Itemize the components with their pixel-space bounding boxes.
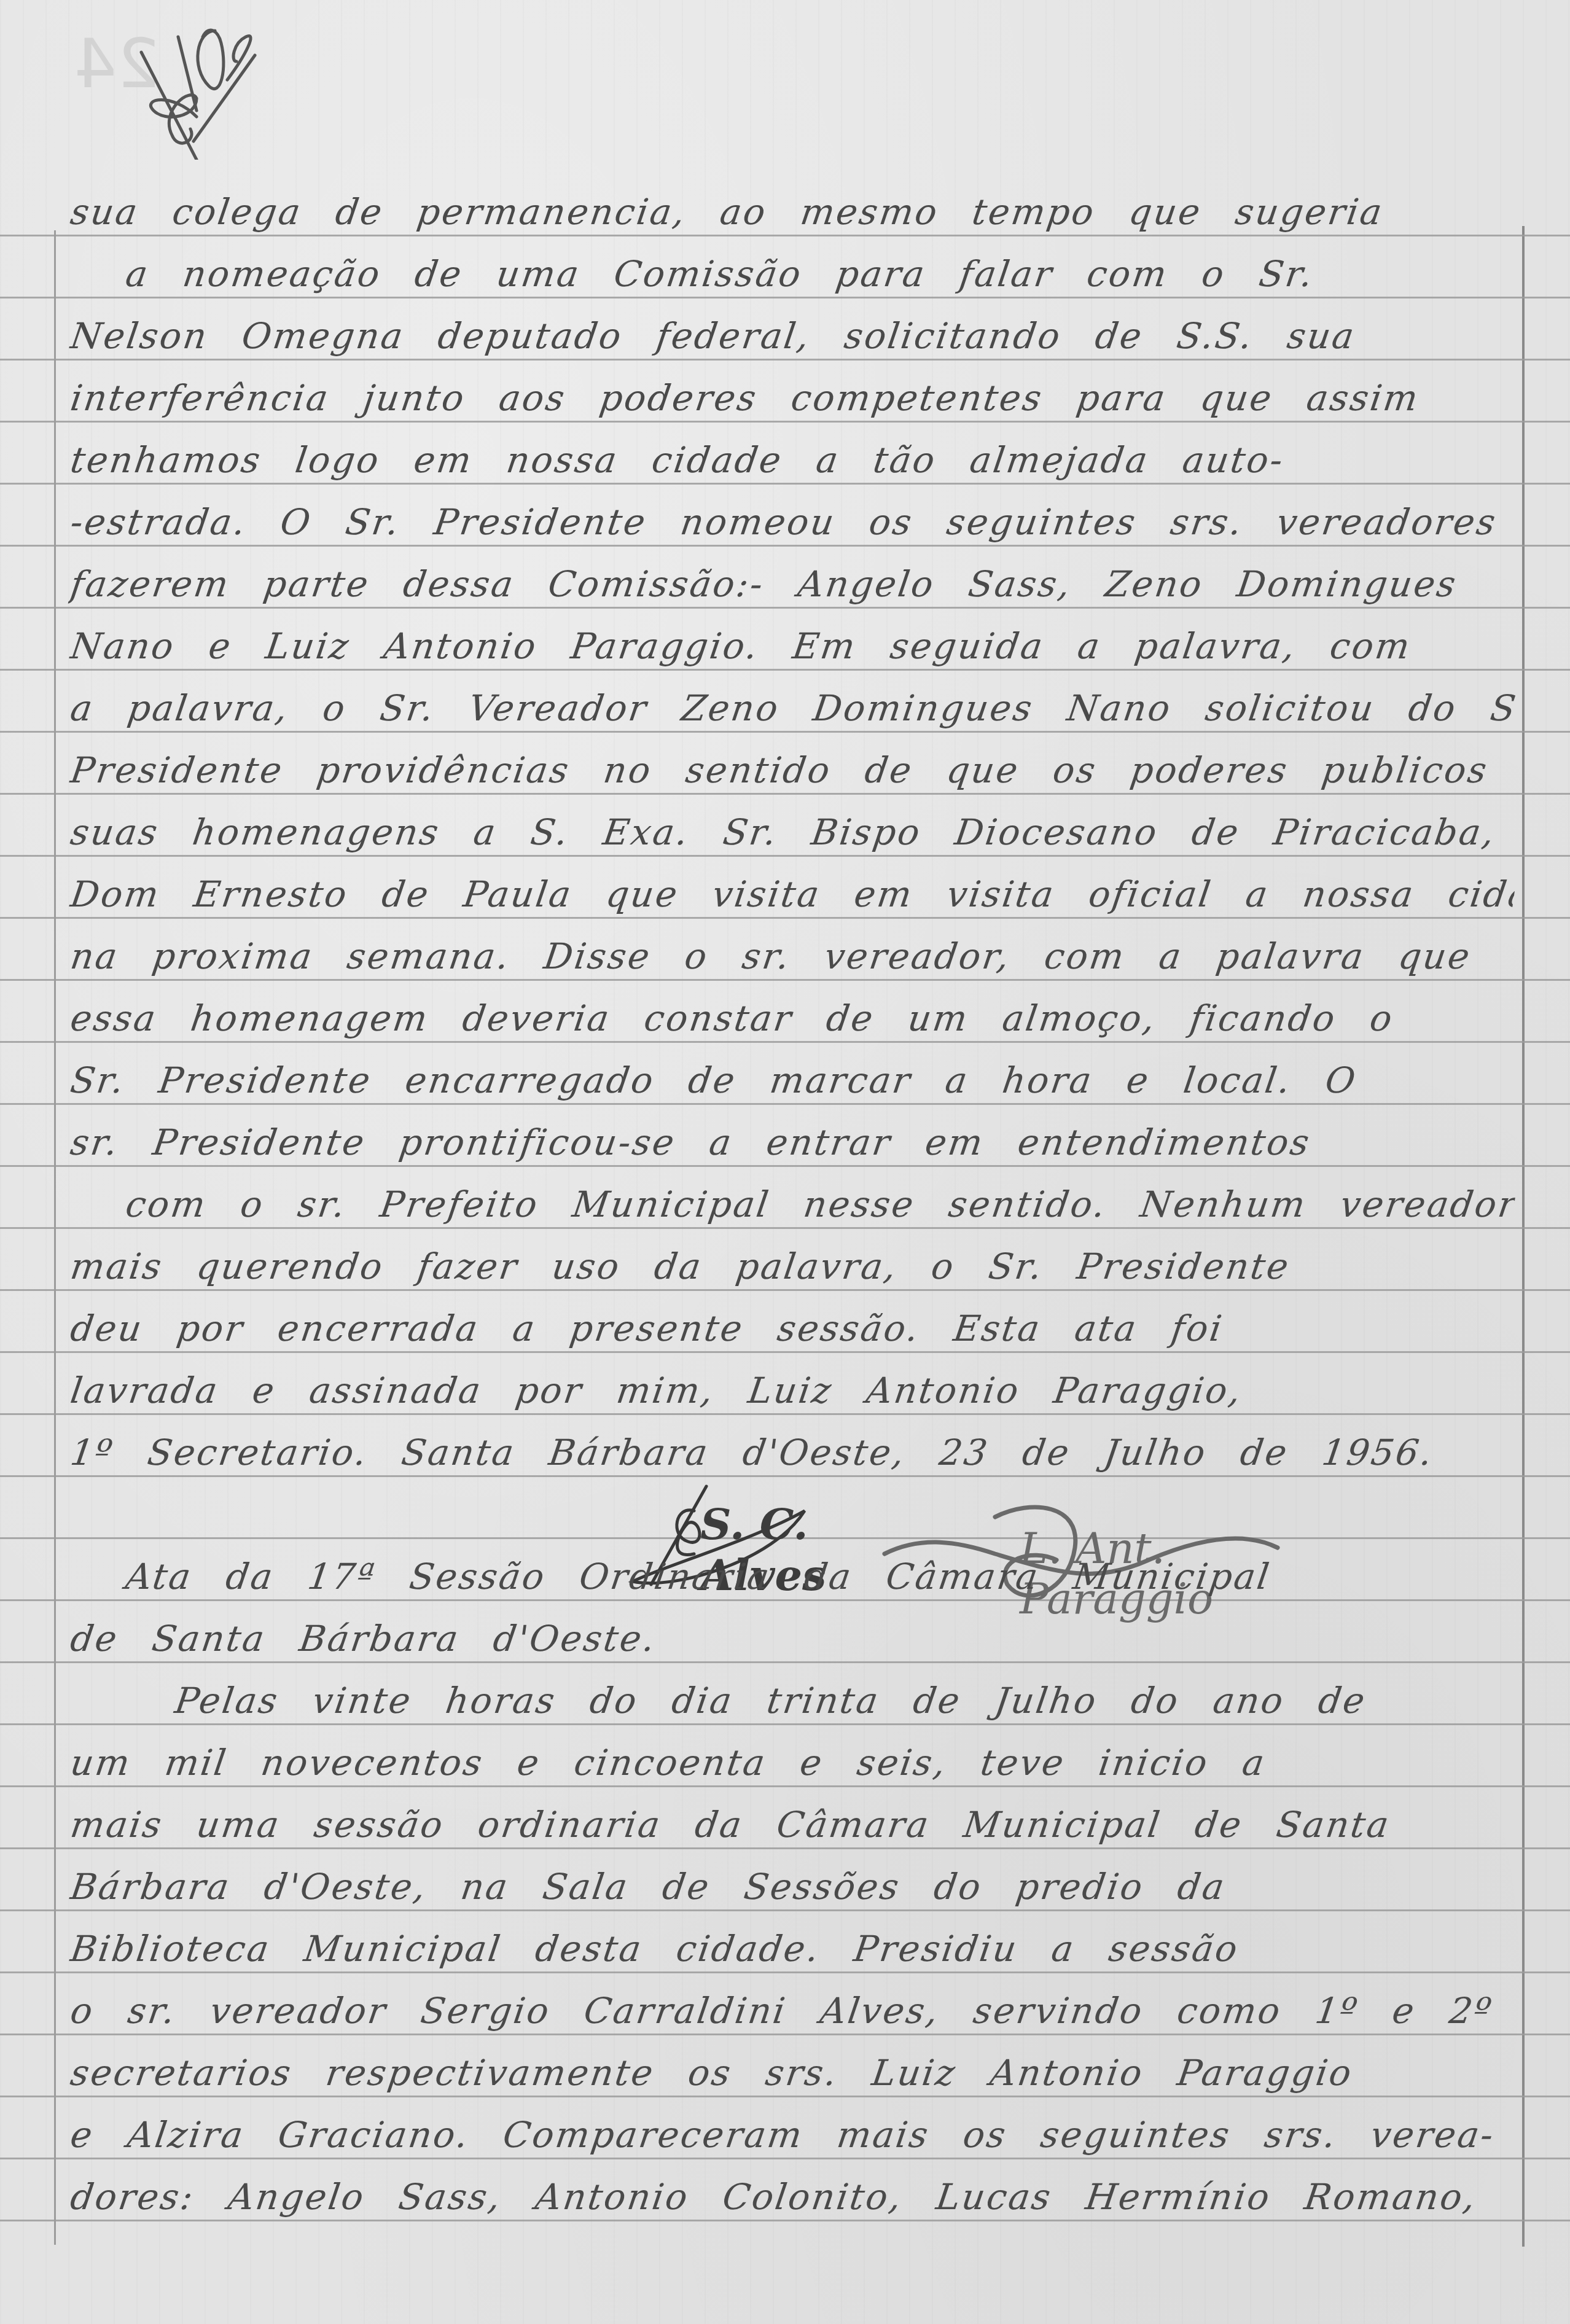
text-line: secretarios respectivamente os srs. Luiz… xyxy=(68,2034,1520,2096)
text-line: deu por encerrada a presente sessão. Est… xyxy=(68,1290,1520,1351)
initials-mark xyxy=(104,18,264,160)
text-line: a nomeação de uma Comissão para falar co… xyxy=(68,235,1520,297)
text-line: tenhamos logo em nossa cidade a tão alme… xyxy=(68,421,1520,483)
text-line: Presidente providências no sentido de qu… xyxy=(68,731,1520,793)
text-line: Nelson Omegna deputado federal, solicita… xyxy=(68,297,1520,359)
text-line: na proxima semana. Disse o sr. vereador,… xyxy=(68,918,1520,979)
text-line: dores: Angelo Sass, Antonio Colonito, Lu… xyxy=(68,2158,1520,2220)
text-line: a palavra, o Sr. Vereador Zeno Domingues… xyxy=(68,669,1520,731)
text-line: um mil novecentos e cincoenta e seis, te… xyxy=(68,1724,1520,1785)
text-line: mais uma sessão ordinaria da Câmara Muni… xyxy=(68,1786,1520,1847)
text-line: Dom Ernesto de Paula que visita em visit… xyxy=(68,856,1520,917)
text-line: e Alzira Graciano. Compareceram mais os … xyxy=(68,2096,1520,2158)
text-line: essa homenagem deveria constar de um alm… xyxy=(68,980,1520,1041)
left-margin-line xyxy=(54,230,56,2245)
section-heading-line: de Santa Bárbara d'Oeste. xyxy=(68,1600,1520,1661)
text-line: lavrada e assinada por mim, Luiz Antonio… xyxy=(68,1352,1520,1413)
text-line: mais querendo fazer uso da palavra, o Sr… xyxy=(68,1228,1520,1289)
text-line: Biblioteca Municipal desta cidade. Presi… xyxy=(68,1910,1520,1971)
text-line: sr. Presidente prontificou-se a entrar e… xyxy=(68,1104,1520,1165)
text-line: sua colega de permanencia, ao mesmo temp… xyxy=(68,173,1520,235)
ruled-line xyxy=(0,2220,1570,2221)
text-line: interferência junto aos poderes competen… xyxy=(68,359,1520,421)
text-line: o sr. vereador Sergio Carraldini Alves, … xyxy=(68,1972,1520,2033)
section-heading-line: Ata da 17ª Sessão Ordinaria da Câmara Mu… xyxy=(68,1538,1520,1599)
text-line: -estrada. O Sr. Presidente nomeou os seg… xyxy=(68,483,1520,545)
text-line: Nano e Luiz Antonio Paraggio. Em seguida… xyxy=(68,607,1520,669)
text-line: fazerem parte dessa Comissão:- Angelo Sa… xyxy=(68,545,1520,607)
text-line: Pelas vinte horas do dia trinta de Julho… xyxy=(68,1662,1520,1723)
text-line: com o sr. Prefeito Municipal nesse senti… xyxy=(68,1166,1520,1227)
text-line: 1º Secretario. Santa Bárbara d'Oeste, 23… xyxy=(68,1414,1520,1475)
text-line: Bárbara d'Oeste, na Sala de Sessões do p… xyxy=(68,1848,1520,1909)
text-line: suas homenagens a S. Exa. Sr. Bispo Dioc… xyxy=(68,794,1520,855)
text-line: Sr. Presidente encarregado de marcar a h… xyxy=(68,1042,1520,1103)
right-margin-line xyxy=(1522,226,1525,2247)
